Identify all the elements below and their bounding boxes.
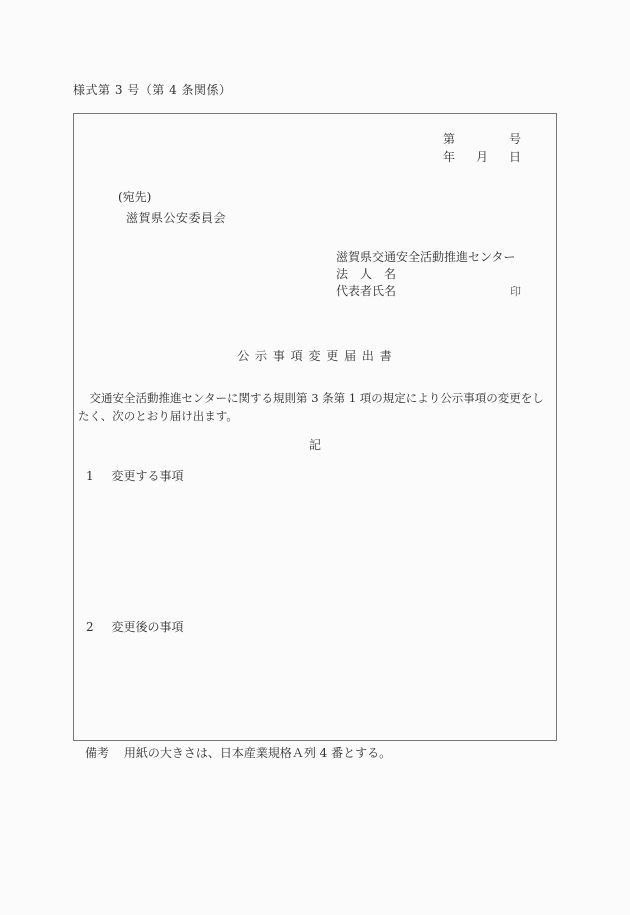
list-heading: 記 [74,436,556,453]
item-2-label: 変更後の事項 [111,620,183,634]
date-day-label: 日 [509,148,521,165]
document-page: 様式第 3 号（第 4 条関係） 第 号 年 月 日 (宛先) 滋賀県公安委員会… [0,0,630,915]
remarks-label: 備考 [85,746,109,760]
form-border-box: 第 号 年 月 日 (宛先) 滋賀県公安委員会 滋賀県交通安全活動推進センター … [73,113,557,741]
document-title: 公 示 事 項 変 更 届 出 書 [74,347,556,364]
representative-label: 代表者氏名 [336,283,396,300]
representative-line: 代表者氏名 印 [336,283,521,300]
form-number-label: 様式第 3 号（第 4 条関係） [73,81,232,98]
addressee-label: (宛先) [118,188,226,205]
date-line: 年 月 日 [443,148,521,165]
item-1-label: 変更する事項 [111,469,183,483]
doc-number-prefix: 第 [443,130,455,147]
seal-mark: 印 [510,283,521,300]
item-2-number: 2 [86,620,94,634]
body-line-2: たく、次のとおり届け出ます。 [78,407,556,425]
list-item-1: 1 変更する事項 [86,467,183,484]
document-number-line: 第 号 [443,130,521,147]
list-item-2: 2 変更後の事項 [86,618,183,635]
sender-block: 滋賀県交通安全活動推進センター 法 人 名 代表者氏名 印 [336,249,521,300]
addressee-name: 滋賀県公安委員会 [126,209,226,226]
addressee-block: (宛先) 滋賀県公安委員会 [118,188,226,226]
remarks-text: 用紙の大きさは、日本産業規格Ａ列 4 番とする。 [124,746,391,760]
body-line-1: 交通安全活動推進センターに関する規則第 3 条第 1 項の規定により公示事項の変… [78,389,556,407]
date-year-label: 年 [443,148,455,165]
remarks-note: 備考 用紙の大きさは、日本産業規格Ａ列 4 番とする。 [85,744,391,761]
body-paragraph: 交通安全活動推進センターに関する規則第 3 条第 1 項の規定により公示事項の変… [78,389,556,425]
item-1-number: 1 [86,469,94,483]
sender-organization: 滋賀県交通安全活動推進センター [336,249,521,266]
corporate-name-label: 法 人 名 [336,266,521,283]
doc-number-suffix: 号 [509,130,521,147]
date-month-label: 月 [476,148,488,165]
